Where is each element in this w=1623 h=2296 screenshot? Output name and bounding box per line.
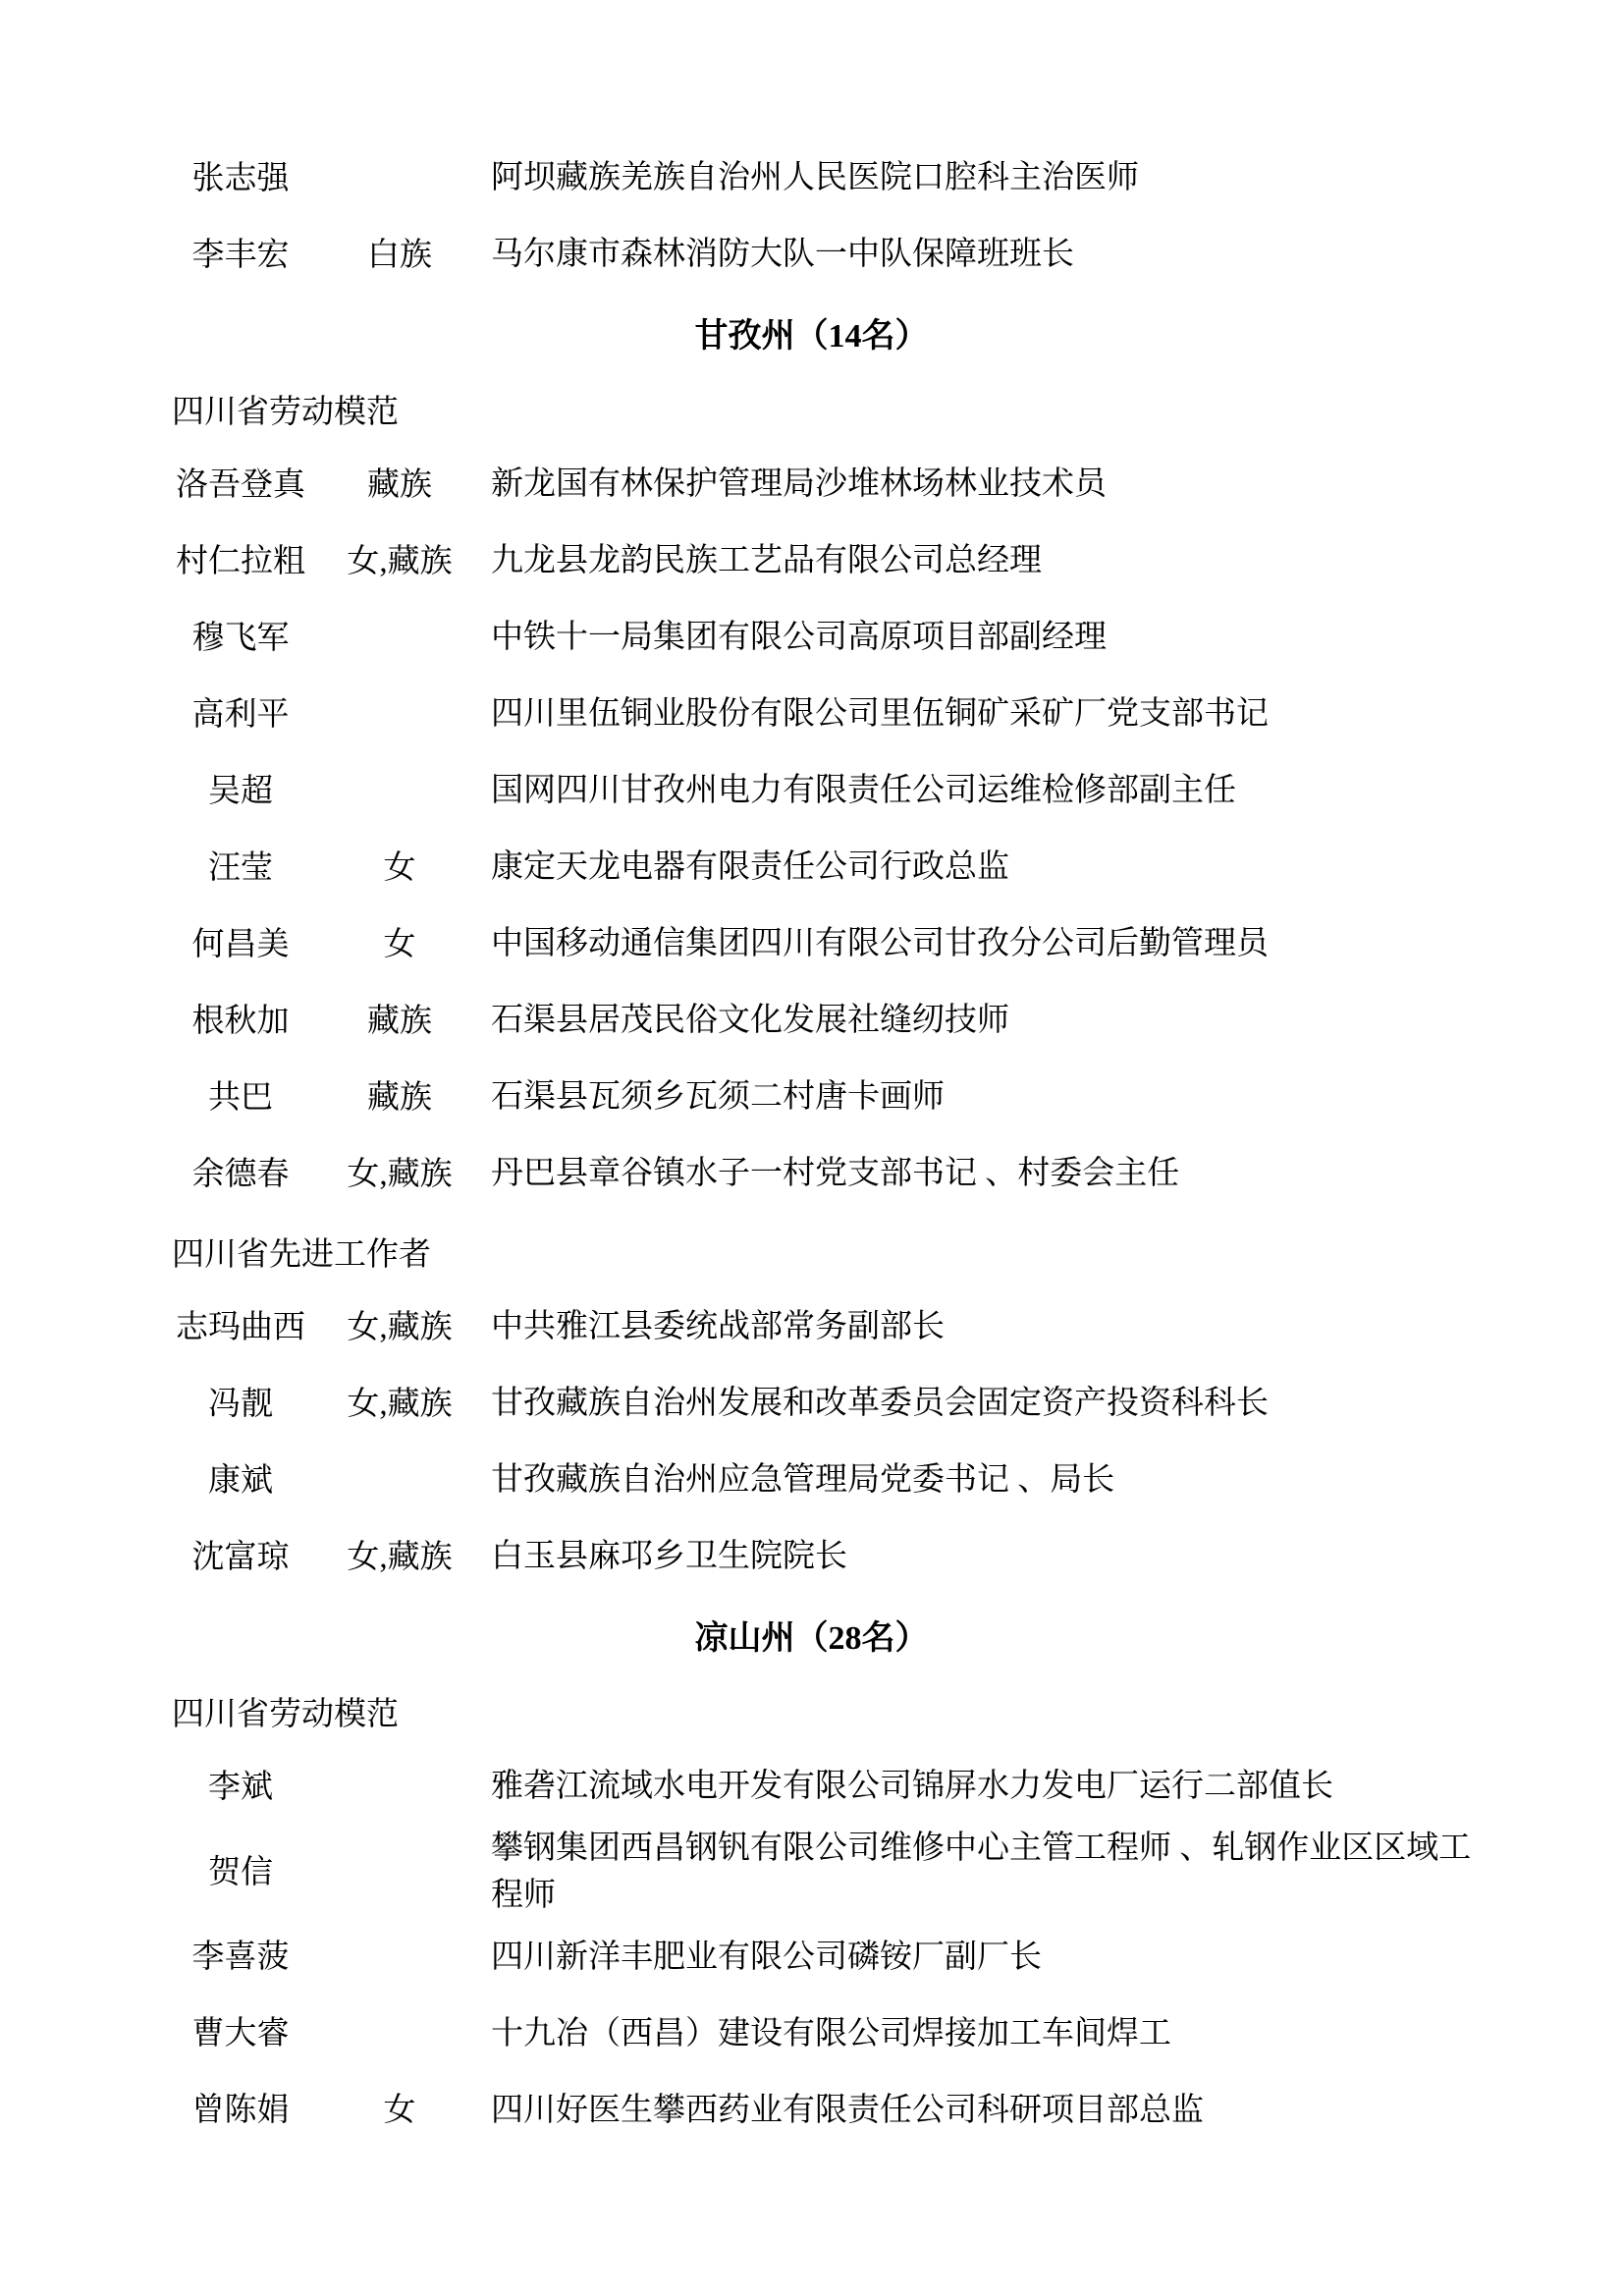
table-row: 共巴 藏族 石渠县瓦须乡瓦须二村唐卡画师 xyxy=(0,1060,1623,1136)
person-name: 汪莹 xyxy=(147,847,334,891)
person-position: 九龙县龙韵民族工艺品有限公司总经理 xyxy=(491,538,1486,585)
person-name: 志玛曲西 xyxy=(147,1306,334,1350)
category-label: 四川省劳动模范 xyxy=(172,1688,399,1734)
person-name: 张志强 xyxy=(147,157,334,201)
person-name: 康斌 xyxy=(147,1459,334,1503)
person-name: 吴超 xyxy=(147,770,334,814)
person-position: 丹巴县章谷镇水子一村党支部书记 、村委会主任 xyxy=(491,1151,1486,1198)
person-ethnicity: 女 xyxy=(334,847,465,891)
person-position: 阿坝藏族羌族自治州人民医院口腔科主治医师 xyxy=(491,155,1486,202)
person-name: 何昌美 xyxy=(147,923,334,967)
table-row: 穆飞军 中铁十一局集团有限公司高原项目部副经理 xyxy=(0,600,1623,677)
table-row: 何昌美 女 中国移动通信集团四川有限公司甘孜分公司后勤管理员 xyxy=(0,906,1623,983)
table-row: 根秋加 藏族 石渠县居茂民俗文化发展社缝纫技师 xyxy=(0,983,1623,1060)
person-position: 中铁十一局集团有限公司高原项目部副经理 xyxy=(491,615,1486,662)
table-row: 洛吾登真 藏族 新龙国有林保护管理局沙堆林场林业技术员 xyxy=(0,447,1623,523)
table-row: 志玛曲西 女,藏族 中共雅江县委统战部常务副部长 xyxy=(0,1289,1623,1366)
person-name: 冯靓 xyxy=(147,1383,334,1427)
person-position: 白玉县麻邛乡卫生院院长 xyxy=(491,1534,1486,1581)
person-name: 共巴 xyxy=(147,1076,334,1121)
table-row: 康斌 甘孜藏族自治州应急管理局党委书记 、局长 xyxy=(0,1443,1623,1519)
person-position: 甘孜藏族自治州应急管理局党委书记 、局长 xyxy=(491,1457,1486,1504)
person-position: 石渠县居茂民俗文化发展社缝纫技师 xyxy=(491,998,1486,1045)
person-name: 村仁拉粗 xyxy=(147,540,334,584)
table-row: 冯靓 女,藏族 甘孜藏族自治州发展和改革委员会固定资产投资科科长 xyxy=(0,1366,1623,1443)
person-ethnicity: 女,藏族 xyxy=(334,1536,465,1580)
person-ethnicity: 女 xyxy=(334,923,465,967)
person-name: 沈富琼 xyxy=(147,1536,334,1580)
person-name: 李斌 xyxy=(147,1766,334,1810)
section-title: 甘孜州（14名） xyxy=(695,308,929,356)
person-position: 马尔康市森林消防大队一中队保障班班长 xyxy=(491,232,1486,279)
table-row: 曹大睿 十九冶（西昌）建设有限公司焊接加工车间焊工 xyxy=(0,1996,1623,2073)
table-row: 村仁拉粗 女,藏族 九龙县龙韵民族工艺品有限公司总经理 xyxy=(0,523,1623,600)
table-row: 汪莹 女 康定天龙电器有限责任公司行政总监 xyxy=(0,830,1623,906)
table-row: 沈富琼 女,藏族 白玉县麻邛乡卫生院院长 xyxy=(0,1519,1623,1596)
table-row: 贺信 攀钢集团西昌钢钒有限公司维修中心主管工程师 、轧钢作业区区域工程师 xyxy=(0,1826,1623,1920)
document-page: 张志强 阿坝藏族羌族自治州人民医院口腔科主治医师 李丰宏 白族 马尔康市森林消防… xyxy=(0,0,1623,2296)
person-name: 贺信 xyxy=(147,1851,334,1895)
person-position: 国网四川甘孜州电力有限责任公司运维检修部副主任 xyxy=(491,768,1486,815)
person-name: 高利平 xyxy=(147,693,334,738)
person-ethnicity: 女,藏族 xyxy=(334,1153,465,1197)
section-title-row: 甘孜州（14名） xyxy=(0,294,1623,370)
person-position: 攀钢集团西昌钢钒有限公司维修中心主管工程师 、轧钢作业区区域工程师 xyxy=(491,1826,1486,1920)
person-position: 十九冶（西昌）建设有限公司焊接加工车间焊工 xyxy=(491,2011,1486,2058)
person-ethnicity: 女,藏族 xyxy=(334,1383,465,1427)
person-position: 康定天龙电器有限责任公司行政总监 xyxy=(491,845,1486,892)
person-position: 石渠县瓦须乡瓦须二村唐卡画师 xyxy=(491,1074,1486,1121)
table-row: 曾陈娟 女 四川好医生攀西药业有限责任公司科研项目部总监 xyxy=(0,2073,1623,2150)
person-position: 中共雅江县委统战部常务副部长 xyxy=(491,1304,1486,1351)
section-title: 凉山州（28名） xyxy=(695,1611,929,1659)
person-name: 根秋加 xyxy=(147,1000,334,1044)
person-ethnicity: 女,藏族 xyxy=(334,540,465,584)
person-position: 甘孜藏族自治州发展和改革委员会固定资产投资科科长 xyxy=(491,1381,1486,1428)
table-row: 吴超 国网四川甘孜州电力有限责任公司运维检修部副主任 xyxy=(0,753,1623,830)
award-list: 张志强 阿坝藏族羌族自治州人民医院口腔科主治医师 李丰宏 白族 马尔康市森林消防… xyxy=(0,140,1623,2150)
person-position: 四川新洋丰肥业有限公司磷铵厂副厂长 xyxy=(491,1935,1486,1982)
person-ethnicity: 女,藏族 xyxy=(334,1306,465,1350)
person-ethnicity: 藏族 xyxy=(334,1076,465,1121)
person-name: 李喜菠 xyxy=(147,1936,334,1980)
person-name: 洛吾登真 xyxy=(147,464,334,508)
category-label: 四川省先进工作者 xyxy=(172,1229,431,1275)
person-ethnicity: 女 xyxy=(334,2089,465,2133)
category-label-row: 四川省劳动模范 xyxy=(0,1672,1623,1749)
person-name: 李丰宏 xyxy=(147,234,334,278)
table-row: 李斌 雅砻江流域水电开发有限公司锦屏水力发电厂运行二部值长 xyxy=(0,1749,1623,1826)
category-label-row: 四川省先进工作者 xyxy=(0,1213,1623,1289)
section-title-row: 凉山州（28名） xyxy=(0,1596,1623,1672)
person-ethnicity: 藏族 xyxy=(334,464,465,508)
category-label: 四川省劳动模范 xyxy=(172,386,399,432)
person-position: 四川里伍铜业股份有限公司里伍铜矿采矿厂党支部书记 xyxy=(491,691,1486,738)
person-name: 余德春 xyxy=(147,1153,334,1197)
table-row: 李喜菠 四川新洋丰肥业有限公司磷铵厂副厂长 xyxy=(0,1920,1623,1996)
person-ethnicity: 白族 xyxy=(334,234,465,278)
person-ethnicity: 藏族 xyxy=(334,1000,465,1044)
person-position: 雅砻江流域水电开发有限公司锦屏水力发电厂运行二部值长 xyxy=(491,1764,1486,1811)
table-row: 张志强 阿坝藏族羌族自治州人民医院口腔科主治医师 xyxy=(0,140,1623,217)
table-row: 李丰宏 白族 马尔康市森林消防大队一中队保障班班长 xyxy=(0,217,1623,294)
person-position: 新龙国有林保护管理局沙堆林场林业技术员 xyxy=(491,462,1486,509)
table-row: 高利平 四川里伍铜业股份有限公司里伍铜矿采矿厂党支部书记 xyxy=(0,677,1623,753)
person-name: 穆飞军 xyxy=(147,617,334,661)
category-label-row: 四川省劳动模范 xyxy=(0,370,1623,447)
table-row: 余德春 女,藏族 丹巴县章谷镇水子一村党支部书记 、村委会主任 xyxy=(0,1136,1623,1213)
person-name: 曾陈娟 xyxy=(147,2089,334,2133)
person-name: 曹大睿 xyxy=(147,2012,334,2056)
person-position: 中国移动通信集团四川有限公司甘孜分公司后勤管理员 xyxy=(491,921,1486,968)
person-position: 四川好医生攀西药业有限责任公司科研项目部总监 xyxy=(491,2088,1486,2135)
